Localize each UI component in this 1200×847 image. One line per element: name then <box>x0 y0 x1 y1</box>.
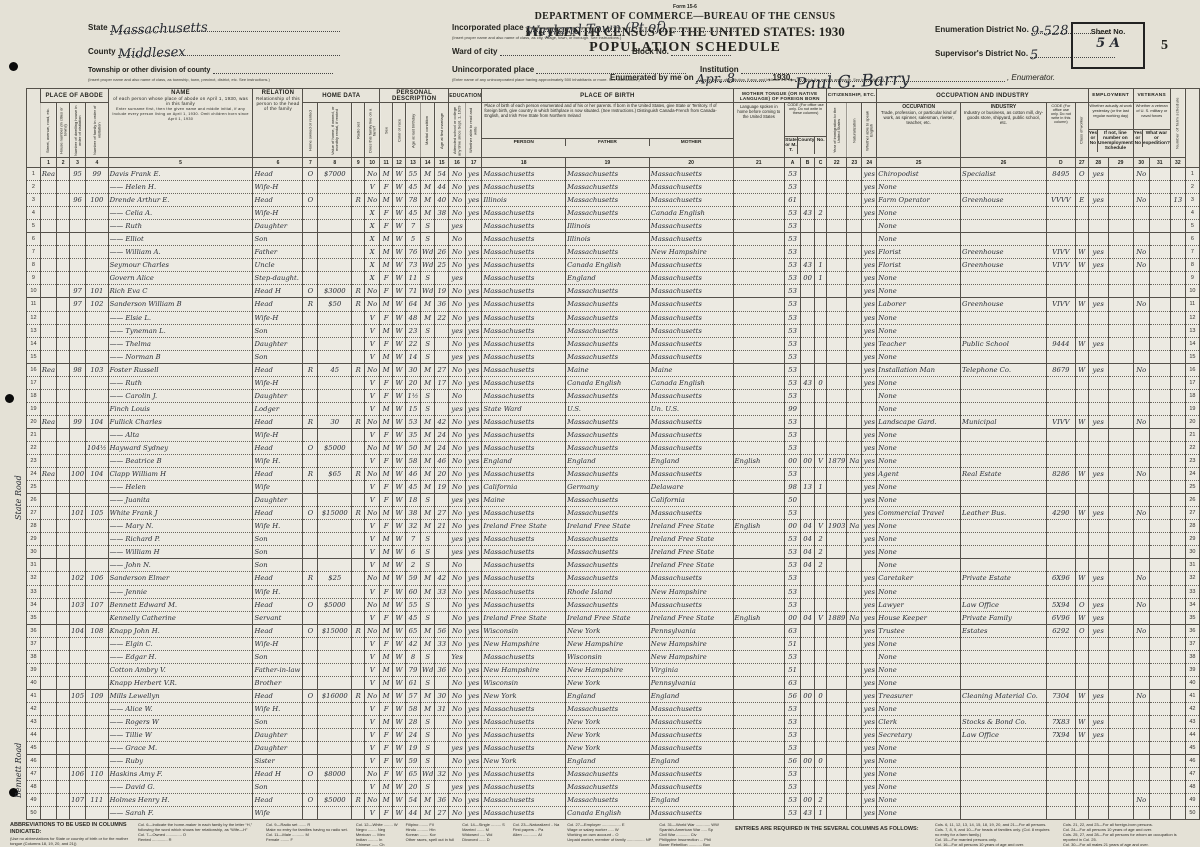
cell-dwell <box>70 702 86 715</box>
cell-rw: yes <box>465 781 482 794</box>
table-row: 9Govern AliceStep-daught.XFW11SyesMassac… <box>27 272 1200 285</box>
cell-unemp <box>1108 468 1133 481</box>
cell-ind <box>961 663 1047 676</box>
cell-color: W <box>393 285 406 298</box>
cell-ind <box>961 807 1047 820</box>
cell-cb <box>801 768 815 781</box>
cell-nat <box>847 311 862 324</box>
cell-house <box>57 676 70 689</box>
cell-street <box>40 246 56 259</box>
cell-sch: yes <box>449 742 466 755</box>
cell-own <box>303 702 318 715</box>
cell-val <box>318 781 352 794</box>
cell-farm: No <box>365 363 380 376</box>
cell-pobp: Massachusetts <box>482 311 566 324</box>
cell-ca: 53 <box>785 650 801 663</box>
cell-color: W <box>393 807 406 820</box>
cell-rel: Daughter <box>253 389 303 402</box>
cell-dwell: 100 <box>70 468 86 481</box>
cell-mar: S <box>420 350 434 363</box>
col-relation-header: RELATION Relationship of this person to … <box>253 89 303 158</box>
table-row: 34103107Bennett Edward M.HeadO$5000NoMW5… <box>27 598 1200 611</box>
cell-rel: Father-in-law <box>253 663 303 676</box>
cell-agem: 27 <box>435 507 449 520</box>
cell-pobm: England <box>649 755 733 768</box>
cell-house <box>57 611 70 624</box>
cell-house <box>57 376 70 389</box>
line-number-right: 13 <box>1185 324 1199 337</box>
cell-name: Mills Lewellyn <box>108 689 253 702</box>
line-number-right: 26 <box>1185 494 1199 507</box>
cell-dwell <box>70 611 86 624</box>
cell-occ: Lawyer <box>877 598 961 611</box>
super-district-value: 5 <box>1030 48 1039 63</box>
cell-pobm: Massachusetts <box>649 259 733 272</box>
census-sheet: Form 15-6 DEPARTMENT OF COMMERCE—BUREAU … <box>0 0 1200 847</box>
cell-dwell: 104 <box>70 624 86 637</box>
cell-ind <box>961 650 1047 663</box>
cell-wrk <box>1088 755 1108 768</box>
cell-street <box>40 689 56 702</box>
cell-cd: 6X96 <box>1046 572 1075 585</box>
cell-pobp: New York <box>482 689 566 702</box>
cell-pobf: England <box>566 455 650 468</box>
footer-block: Col. 6—Indicate the home-maker in each f… <box>138 822 258 847</box>
cell-fam <box>86 337 109 350</box>
table-row: 28—— Mary N.Wife H.VFW32M21NoyesIreland … <box>27 520 1200 533</box>
cell-cb <box>801 181 815 194</box>
cell-mar: M <box>420 520 434 533</box>
cell-fs <box>1170 559 1185 572</box>
cell-fam <box>86 233 109 246</box>
cell-mar: S <box>420 559 434 572</box>
cell-pobp: Massachusetts <box>482 350 566 363</box>
cell-imm <box>827 507 847 520</box>
cell-ind <box>961 585 1047 598</box>
cell-cls <box>1075 520 1088 533</box>
cell-pobf: Massachusetts <box>566 324 650 337</box>
cell-war <box>1149 415 1170 428</box>
sheet-number-box: Sheet No. 5 A <box>1071 22 1145 69</box>
cell-occ: None <box>877 285 961 298</box>
cell-ind <box>961 181 1047 194</box>
cell-ind <box>961 441 1047 454</box>
cell-occ: None <box>877 376 961 389</box>
cell-pobm: Ireland Free State <box>649 611 733 624</box>
cell-occ: None <box>877 559 961 572</box>
cell-color: W <box>393 676 406 689</box>
line-number-left: 47 <box>27 768 41 781</box>
footer-abbreviation-line: Cols. 7, 8, 9, and 10—For heads of famil… <box>935 827 1055 837</box>
cell-name: —— Edgar H. <box>108 650 253 663</box>
cell-nat <box>847 402 862 415</box>
cell-name: —— William A. <box>108 246 253 259</box>
cell-sch: No <box>449 598 466 611</box>
cell-fam: 110 <box>86 768 109 781</box>
cell-color: W <box>393 259 406 272</box>
cell-nat <box>847 742 862 755</box>
cell-fam <box>86 807 109 820</box>
cell-unemp <box>1108 559 1133 572</box>
footer-block: Col. 9—Radio set ....... RMake no entry … <box>266 822 348 847</box>
line-number-right: 2 <box>1185 181 1199 194</box>
enum-district-value: 9-528 <box>1031 23 1069 39</box>
cell-imm <box>827 468 847 481</box>
line-number-left: 5 <box>27 220 41 233</box>
col-farm: Does this family live on a farm? <box>365 103 380 158</box>
cell-eng: yes <box>862 259 877 272</box>
cell-sch: No <box>449 702 466 715</box>
table-row: 16Rea98103Foster RussellHeadR45RNoMW30M2… <box>27 363 1200 376</box>
cell-rel: Daughter <box>253 729 303 742</box>
cell-sex: M <box>380 624 393 637</box>
cell-pobp: New Hampshire <box>482 637 566 650</box>
cell-ca: 53 <box>785 729 801 742</box>
cell-eng: yes <box>862 715 877 728</box>
cell-war <box>1149 637 1170 650</box>
cell-name: —— John N. <box>108 559 253 572</box>
cell-eng: yes <box>862 246 877 259</box>
cell-pobf: Wisconsin <box>566 650 650 663</box>
cell-eng: yes <box>862 702 877 715</box>
cell-agem <box>435 272 449 285</box>
cell-sex: M <box>380 441 393 454</box>
cell-occ: Farm Operator <box>877 194 961 207</box>
cell-mar: Wd <box>420 768 434 781</box>
cell-sch: No <box>449 624 466 637</box>
cell-occ: None <box>877 272 961 285</box>
cell-house <box>57 781 70 794</box>
cell-unemp <box>1108 181 1133 194</box>
cell-nat <box>847 272 862 285</box>
cell-ca: 53 <box>785 702 801 715</box>
cell-street <box>40 207 56 220</box>
cell-cb: 43 <box>801 807 815 820</box>
line-number-right: 39 <box>1185 663 1199 676</box>
cell-fam <box>86 742 109 755</box>
cell-fs <box>1170 233 1185 246</box>
col-sex: Sex <box>380 103 393 158</box>
cell-fs <box>1170 494 1185 507</box>
cell-color: W <box>393 324 406 337</box>
cell-pobp: Massachusetts <box>482 207 566 220</box>
cell-sch: No <box>449 585 466 598</box>
cell-wrk <box>1088 663 1108 676</box>
cell-occ: None <box>877 481 961 494</box>
cell-war <box>1149 455 1170 468</box>
cell-fam: 104½ <box>86 441 109 454</box>
line-number-left: 6 <box>27 233 41 246</box>
cell-dwell <box>70 676 86 689</box>
cell-wrk: yes <box>1088 572 1108 585</box>
cell-farm: No <box>365 168 380 181</box>
cell-name: Sanderson William B <box>108 298 253 311</box>
cell-occ: None <box>877 637 961 650</box>
cell-wrk <box>1088 520 1108 533</box>
cell-war <box>1149 428 1170 441</box>
cell-eng: yes <box>862 311 877 324</box>
cell-lang <box>733 676 785 689</box>
cell-name: Finch Louis <box>108 402 253 415</box>
cell-fam: 99 <box>86 168 109 181</box>
cell-fam: 102 <box>86 298 109 311</box>
cell-color: W <box>393 794 406 807</box>
cell-occ: None <box>877 533 961 546</box>
cell-fam <box>86 220 109 233</box>
cell-age: 46 <box>406 468 421 481</box>
cell-cd <box>1046 233 1075 246</box>
cell-val: $7000 <box>318 168 352 181</box>
cell-agem: 40 <box>435 194 449 207</box>
cell-val: $15000 <box>318 507 352 520</box>
cell-cb <box>801 729 815 742</box>
cell-pobp: Wisconsin <box>482 624 566 637</box>
cell-eng: yes <box>862 376 877 389</box>
cell-rw: yes <box>465 807 482 820</box>
cell-val <box>318 181 352 194</box>
enumerated-date: Apr. 8 <box>696 71 736 87</box>
cell-eng: yes <box>862 520 877 533</box>
cell-ind: Cleaning Material Co. <box>961 689 1047 702</box>
cell-rel: Lodger <box>253 402 303 415</box>
line-number-left: 43 <box>27 715 41 728</box>
cell-wrk: yes <box>1088 415 1108 428</box>
cell-pobf: Massachusetts <box>566 246 650 259</box>
cell-sex: F <box>380 768 393 781</box>
line-number-right: 47 <box>1185 768 1199 781</box>
cell-war <box>1149 729 1170 742</box>
cell-house <box>57 233 70 246</box>
column-number: 23 <box>847 158 862 168</box>
cell-fam <box>86 520 109 533</box>
cell-rw: yes <box>465 637 482 650</box>
cell-vet <box>1133 559 1149 572</box>
column-number: 1 <box>40 158 56 168</box>
cell-rw: yes <box>465 533 482 546</box>
cell-pobp: Massachusetts <box>482 768 566 781</box>
cell-cd: VIVV <box>1046 246 1075 259</box>
cell-eng: yes <box>862 324 877 337</box>
cell-nat <box>847 598 862 611</box>
cell-nat <box>847 233 862 246</box>
cell-age: 59 <box>406 572 421 585</box>
cell-cd: 8679 <box>1046 363 1075 376</box>
cell-rw: yes <box>465 794 482 807</box>
cell-pobf: Massachusetts <box>566 546 650 559</box>
cell-pobf: Massachusetts <box>566 194 650 207</box>
cell-fam <box>86 428 109 441</box>
cell-house <box>57 559 70 572</box>
column-number: C <box>815 158 827 168</box>
cell-unemp <box>1108 363 1133 376</box>
cell-ca: 53 <box>785 181 801 194</box>
cell-agem: 27 <box>435 807 449 820</box>
cell-cc <box>815 324 827 337</box>
col-employment-header: Whether actually at work yesterday (or t… <box>1088 103 1133 158</box>
line-number-right: 7 <box>1185 246 1199 259</box>
cell-ca: 53 <box>785 781 801 794</box>
cell-agem <box>435 781 449 794</box>
cell-nat <box>847 663 862 676</box>
line-number-right: 35 <box>1185 611 1199 624</box>
cell-vet <box>1133 807 1149 820</box>
col-street: Street, avenue, road, etc. <box>40 103 56 158</box>
cell-nat <box>847 220 862 233</box>
cell-unemp <box>1108 663 1133 676</box>
cell-cls: W <box>1075 298 1088 311</box>
cell-agem: 30 <box>435 689 449 702</box>
cell-pobp: Massachusetts <box>482 376 566 389</box>
cell-rel: Wife H. <box>253 585 303 598</box>
line-number-right: 11 <box>1185 298 1199 311</box>
table-row: 24Rea100104Clapp William HHeadR$65RNoMW4… <box>27 468 1200 481</box>
cell-vet <box>1133 663 1149 676</box>
cell-name: Rich Eva C <box>108 285 253 298</box>
cell-ind <box>961 428 1047 441</box>
cell-farm: V <box>365 520 380 533</box>
cell-own <box>303 389 318 402</box>
cell-vet <box>1133 520 1149 533</box>
table-row: 27101105White Frank JHeadO$15000RNoMW38M… <box>27 507 1200 520</box>
cell-pobf: New York <box>566 624 650 637</box>
cell-sch: No <box>449 794 466 807</box>
cell-cls <box>1075 181 1088 194</box>
cell-own <box>303 181 318 194</box>
cell-pobf: Rhode Island <box>566 585 650 598</box>
col-at-work: Yes or No <box>1089 130 1097 152</box>
cell-cb <box>801 298 815 311</box>
cell-val: $65 <box>318 468 352 481</box>
cell-fs: 13 <box>1170 194 1185 207</box>
cell-age: 45 <box>406 611 421 624</box>
cell-fs <box>1170 689 1185 702</box>
cell-own <box>303 637 318 650</box>
cell-ind: Municipal <box>961 415 1047 428</box>
cell-sex: F <box>380 585 393 598</box>
cell-pobf: New Hampshire <box>566 637 650 650</box>
cell-rw: yes <box>465 207 482 220</box>
cell-val <box>318 481 352 494</box>
cell-wrk <box>1088 220 1108 233</box>
cell-dwell: 105 <box>70 689 86 702</box>
column-number: 16 <box>449 158 466 168</box>
cell-rw: yes <box>465 194 482 207</box>
cell-wrk <box>1088 794 1108 807</box>
line-number-left: 24 <box>27 468 41 481</box>
cell-ca: 53 <box>785 337 801 350</box>
cell-cc: 1 <box>815 481 827 494</box>
cell-cls <box>1075 559 1088 572</box>
cell-agem: 19 <box>435 285 449 298</box>
cell-radio <box>352 702 365 715</box>
cell-war <box>1149 324 1170 337</box>
cell-vet <box>1133 337 1149 350</box>
column-number: 29 <box>1108 158 1133 168</box>
line-number-left: 35 <box>27 611 41 624</box>
cell-nat <box>847 689 862 702</box>
col-birth-header: Place of birth of each person enumerated… <box>482 103 733 158</box>
table-row: 12—— Elsie L.Wife-HVFW48M22NoyesMassachu… <box>27 311 1200 324</box>
cell-ca: 53 <box>785 768 801 781</box>
cell-vet <box>1133 376 1149 389</box>
cell-unemp <box>1108 415 1133 428</box>
cell-vet: No <box>1133 507 1149 520</box>
column-number: D <box>1046 158 1075 168</box>
cell-cls <box>1075 585 1088 598</box>
cell-vet <box>1133 637 1149 650</box>
cell-sch: No <box>449 428 466 441</box>
cell-agem: 25 <box>435 259 449 272</box>
cell-farm: V <box>365 494 380 507</box>
cell-unemp <box>1108 742 1133 755</box>
cell-radio <box>352 259 365 272</box>
cell-age: 55 <box>406 168 421 181</box>
cell-cls <box>1075 702 1088 715</box>
cell-color: W <box>393 415 406 428</box>
cell-rw: yes <box>465 285 482 298</box>
cell-pobf: England <box>566 755 650 768</box>
cell-cc <box>815 572 827 585</box>
cell-val <box>318 755 352 768</box>
cell-pobp: Massachusetts <box>482 715 566 728</box>
cell-cls <box>1075 233 1088 246</box>
cell-cb: 43 <box>801 259 815 272</box>
line-number-left: 14 <box>27 337 41 350</box>
cell-sch: No <box>449 246 466 259</box>
cell-nat <box>847 246 862 259</box>
cell-mar: M <box>420 298 434 311</box>
cell-mar: S <box>420 272 434 285</box>
cell-sch: yes <box>449 546 466 559</box>
cell-dwell <box>70 742 86 755</box>
cell-farm: V <box>365 389 380 402</box>
cell-pobf: Massachusetts <box>566 468 650 481</box>
cell-sex: M <box>380 794 393 807</box>
cell-lang <box>733 650 785 663</box>
cell-lang <box>733 194 785 207</box>
cell-name: —— Elsie L. <box>108 311 253 324</box>
cell-cd: 6V96 <box>1046 611 1075 624</box>
cell-imm <box>827 729 847 742</box>
cell-occ: None <box>877 807 961 820</box>
cell-vet: No <box>1133 246 1149 259</box>
cell-ca: 56 <box>785 689 801 702</box>
cell-nat <box>847 481 862 494</box>
cell-unemp <box>1108 533 1133 546</box>
cell-lang <box>733 729 785 742</box>
cell-dwell: 99 <box>70 415 86 428</box>
cell-mar: M <box>420 481 434 494</box>
cell-eng: yes <box>862 546 877 559</box>
line-number-left: 22 <box>27 441 41 454</box>
cell-ca: 63 <box>785 676 801 689</box>
cell-pobm: Massachusetts <box>649 220 733 233</box>
cell-street <box>40 389 56 402</box>
cell-color: W <box>393 663 406 676</box>
cell-cd: 4290 <box>1046 507 1075 520</box>
cell-cd: 8286 <box>1046 468 1075 481</box>
cell-color: W <box>393 468 406 481</box>
cell-cb: 04 <box>801 533 815 546</box>
cell-cd <box>1046 781 1075 794</box>
cell-pobf: Massachusetts <box>566 533 650 546</box>
cell-occ: None <box>877 402 961 415</box>
cell-dwell <box>70 781 86 794</box>
cell-agem <box>435 729 449 742</box>
col-birth-mother: MOTHER <box>649 139 733 146</box>
cell-farm: No <box>365 468 380 481</box>
cell-agem: 21 <box>435 520 449 533</box>
